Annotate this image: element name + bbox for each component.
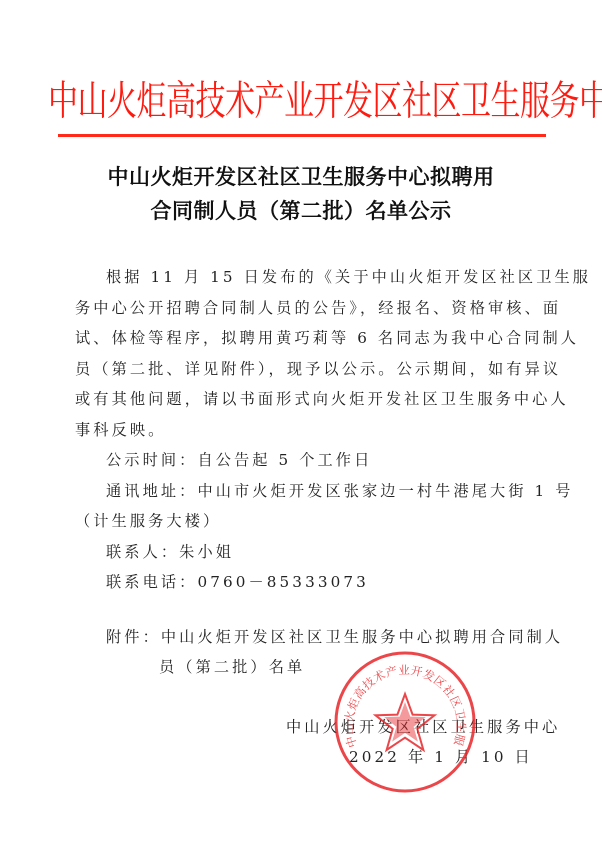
- attachment-continuation: 员（第二批）名单: [159, 656, 305, 677]
- attachment-value: 中山火炬开发区社区卫生服务中心拟聘用合同制人: [161, 628, 563, 646]
- contact-phone-value: 0760－85333073: [197, 573, 368, 591]
- title-line-1: 中山火炬开发区社区卫生服务中心拟聘用: [70, 160, 532, 194]
- body-line-6: 事科反映。: [75, 419, 166, 440]
- contact-person-value: 朱小姐: [179, 543, 234, 561]
- contact-person-label: 联系人：: [106, 543, 179, 561]
- attachment-label: 附件：: [106, 628, 161, 646]
- contact-person: 联系人：朱小姐: [106, 541, 234, 562]
- body-line-5: 或有其他问题，请以书面形式向火炬开发社区卫生服务中心人: [75, 388, 569, 409]
- letterhead-org-name: 中山火炬高技术产业开发区社区卫生服务中心: [48, 62, 554, 143]
- body-line-1: 根据 11 月 15 日发布的《关于中山火炬开发区社区卫生服: [106, 266, 591, 287]
- body-line-2: 务中心公开招聘合同制人员的公告》，经报名、资格审核、面: [75, 297, 561, 318]
- attachment: 附件：中山火炬开发区社区卫生服务中心拟聘用合同制人: [106, 626, 563, 647]
- address: 通讯地址：中山市火炬开发区张家边一村牛港尾大街 1 号: [106, 480, 574, 501]
- signature-date: 2022 年 1 月 10 日: [349, 746, 533, 767]
- body-line-4: 员（第二批、详见附件），现予以公示。公示期间，如有异议: [75, 358, 561, 379]
- contact-phone-label: 联系电话：: [106, 573, 197, 591]
- publicity-period-value: 自公告起 5 个工作日: [197, 451, 372, 469]
- contact-phone: 联系电话：0760－85333073: [106, 571, 369, 592]
- signature-org: 中山火炬开发区社区卫生服务中心: [286, 716, 560, 737]
- publicity-period: 公示时间：自公告起 5 个工作日: [106, 449, 372, 470]
- body-line-3: 试、体检等程序，拟聘用黄巧莉等 6 名同志为我中心合同制人: [75, 327, 579, 348]
- address-label: 通讯地址：: [106, 482, 197, 500]
- letterhead-divider: [58, 134, 546, 137]
- title-line-2: 合同制人员（第二批）名单公示: [70, 194, 532, 228]
- address-value: 中山市火炬开发区张家边一村牛港尾大街 1 号: [197, 482, 573, 500]
- document-title: 中山火炬开发区社区卫生服务中心拟聘用 合同制人员（第二批）名单公示: [70, 160, 532, 228]
- address-continuation: （计生服务大楼）: [75, 510, 221, 531]
- publicity-period-label: 公示时间：: [106, 451, 197, 469]
